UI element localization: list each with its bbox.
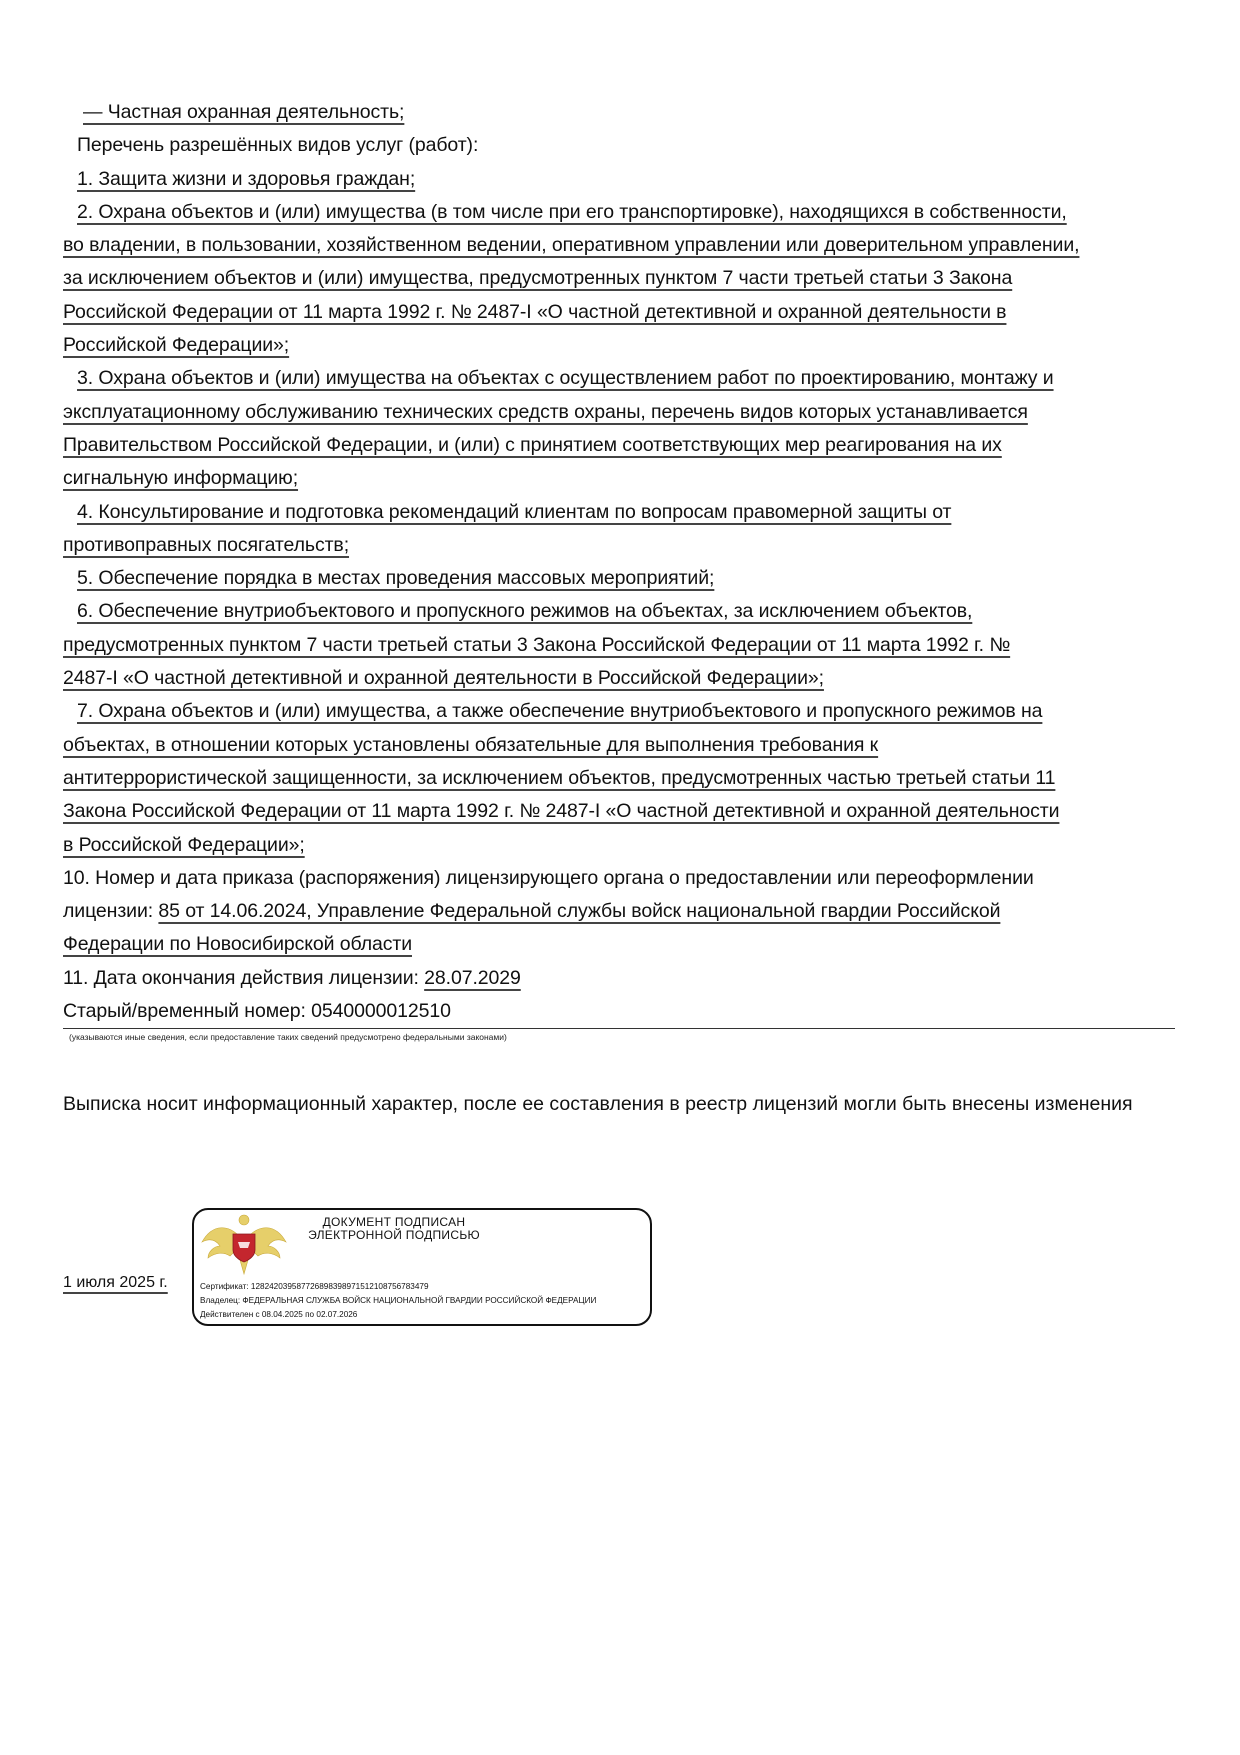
signature-title: ДОКУМЕНТ ПОДПИСАН ЭЛЕКТРОННОЙ ПОДПИСЬЮ <box>294 1216 494 1242</box>
item11-expiry-date: 28.07.2029 <box>424 967 521 989</box>
service-item-continuation: за исключением объектов и (или) имуществ… <box>63 262 1175 295</box>
service-item-continuation: противоправных посягательств; <box>63 529 1175 562</box>
service-item-continuation: сигнальную информацию; <box>63 462 1175 495</box>
service-text: предусмотренных пунктом 7 части третьей … <box>63 634 1010 656</box>
service-item: 7. Охрана объектов и (или) имущества, а … <box>63 695 1175 728</box>
item11: 11. Дата окончания действия лицензии: 28… <box>63 962 1175 995</box>
service-text: 1. Защита жизни и здоровья граждан; <box>77 168 415 190</box>
service-item-continuation: в Российской Федерации»; <box>63 829 1175 862</box>
service-text: 4. Консультирование и подготовка рекомен… <box>77 501 951 523</box>
footnote: (указываются иные сведения, если предост… <box>63 1030 1175 1044</box>
electronic-signature-stamp: ДОКУМЕНТ ПОДПИСАН ЭЛЕКТРОННОЙ ПОДПИСЬЮ С… <box>192 1208 652 1326</box>
signature-info: Сертификат: 1282420395877268983989715121… <box>200 1280 596 1322</box>
service-text: 5. Обеспечение порядка в местах проведен… <box>77 567 714 589</box>
service-item-continuation: эксплуатационному обслуживанию техническ… <box>63 396 1175 429</box>
activity-text: — Частная охранная деятельность; <box>83 101 404 123</box>
old-number-label: Старый/временный номер: <box>63 1000 311 1022</box>
item10-line2: лицензии: 85 от 14.06.2024, Управление Ф… <box>63 895 1175 928</box>
service-item: 2. Охрана объектов и (или) имущества (в … <box>63 196 1175 229</box>
service-text: антитеррористической защищенности, за ис… <box>63 767 1055 789</box>
service-text: 6. Обеспечение внутриобъектового и пропу… <box>77 600 972 622</box>
service-item-continuation: Закона Российской Федерации от 11 марта … <box>63 795 1175 828</box>
service-text: 7. Охрана объектов и (или) имущества, а … <box>77 700 1042 722</box>
service-text: в Российской Федерации»; <box>63 834 305 856</box>
service-text: 2487-I «О частной детективной и охранной… <box>63 667 824 689</box>
service-text: за исключением объектов и (или) имуществ… <box>63 267 1012 289</box>
item10-line3: Федерации по Новосибирской области <box>63 928 1175 961</box>
service-text: Российской Федерации»; <box>63 334 289 356</box>
service-text: эксплуатационному обслуживанию техническ… <box>63 401 1028 423</box>
service-item-continuation: предусмотренных пунктом 7 части третьей … <box>63 629 1175 662</box>
services-header: Перечень разрешённых видов услуг (работ)… <box>63 129 1175 162</box>
activity-type: — Частная охранная деятельность; <box>63 96 1175 129</box>
service-item: 5. Обеспечение порядка в местах проведен… <box>63 562 1175 595</box>
certificate-number: Сертификат: 1282420395877268983989715121… <box>200 1280 596 1294</box>
old-number: Старый/временный номер: 0540000012510 <box>63 995 1175 1029</box>
service-text: во владении, в пользовании, хозяйственно… <box>63 234 1079 256</box>
service-text: объектах, в отношении которых установлен… <box>63 734 878 756</box>
service-item: 4. Консультирование и подготовка рекомен… <box>63 496 1175 529</box>
service-text: Российской Федерации от 11 марта 1992 г.… <box>63 301 1006 323</box>
services-list: 1. Защита жизни и здоровья граждан;2. Ох… <box>63 163 1175 862</box>
service-item: 6. Обеспечение внутриобъектового и пропу… <box>63 595 1175 628</box>
service-text: противоправных посягательств; <box>63 534 349 556</box>
service-text: сигнальную информацию; <box>63 467 298 489</box>
service-item-continuation: 2487-I «О частной детективной и охранной… <box>63 662 1175 695</box>
service-item: 3. Охрана объектов и (или) имущества на … <box>63 362 1175 395</box>
item11-label: 11. Дата окончания действия лицензии: <box>63 967 424 989</box>
item10-value: 85 от 14.06.2024, Управление Федеральной… <box>158 900 1000 922</box>
disclaimer: Выписка носит информационный характер, п… <box>63 1088 1175 1121</box>
service-item-continuation: Правительством Российской Федерации, и (… <box>63 429 1175 462</box>
certificate-owner: Владелец: ФЕДЕРАЛЬНАЯ СЛУЖБА ВОЙСК НАЦИО… <box>200 1294 596 1308</box>
certificate-validity: Действителен с 08.04.2025 по 02.07.2026 <box>200 1308 596 1322</box>
service-item-continuation: объектах, в отношении которых установлен… <box>63 729 1175 762</box>
extract-date: 1 июля 2025 г. <box>63 1274 168 1292</box>
rosgvardia-eagle-emblem-icon <box>200 1212 288 1276</box>
service-item-continuation: антитеррористической защищенности, за ис… <box>63 762 1175 795</box>
license-extract-page: — Частная охранная деятельность; Перечен… <box>63 96 1175 1044</box>
item10-label: лицензии: <box>63 900 158 922</box>
service-item-continuation: Российской Федерации от 11 марта 1992 г.… <box>63 296 1175 329</box>
service-item: 1. Защита жизни и здоровья граждан; <box>63 163 1175 196</box>
service-text: Закона Российской Федерации от 11 марта … <box>63 800 1059 822</box>
service-text: Правительством Российской Федерации, и (… <box>63 434 1002 456</box>
signature-title-line2: ЭЛЕКТРОННОЙ ПОДПИСЬЮ <box>294 1229 494 1242</box>
service-text: 2. Охрана объектов и (или) имущества (в … <box>77 201 1067 223</box>
item10-line1: 10. Номер и дата приказа (распоряжения) … <box>63 862 1175 895</box>
service-item-continuation: во владении, в пользовании, хозяйственно… <box>63 229 1175 262</box>
service-text: 3. Охрана объектов и (или) имущества на … <box>77 367 1054 389</box>
old-number-value: 0540000012510 <box>311 1000 451 1022</box>
service-item-continuation: Российской Федерации»; <box>63 329 1175 362</box>
